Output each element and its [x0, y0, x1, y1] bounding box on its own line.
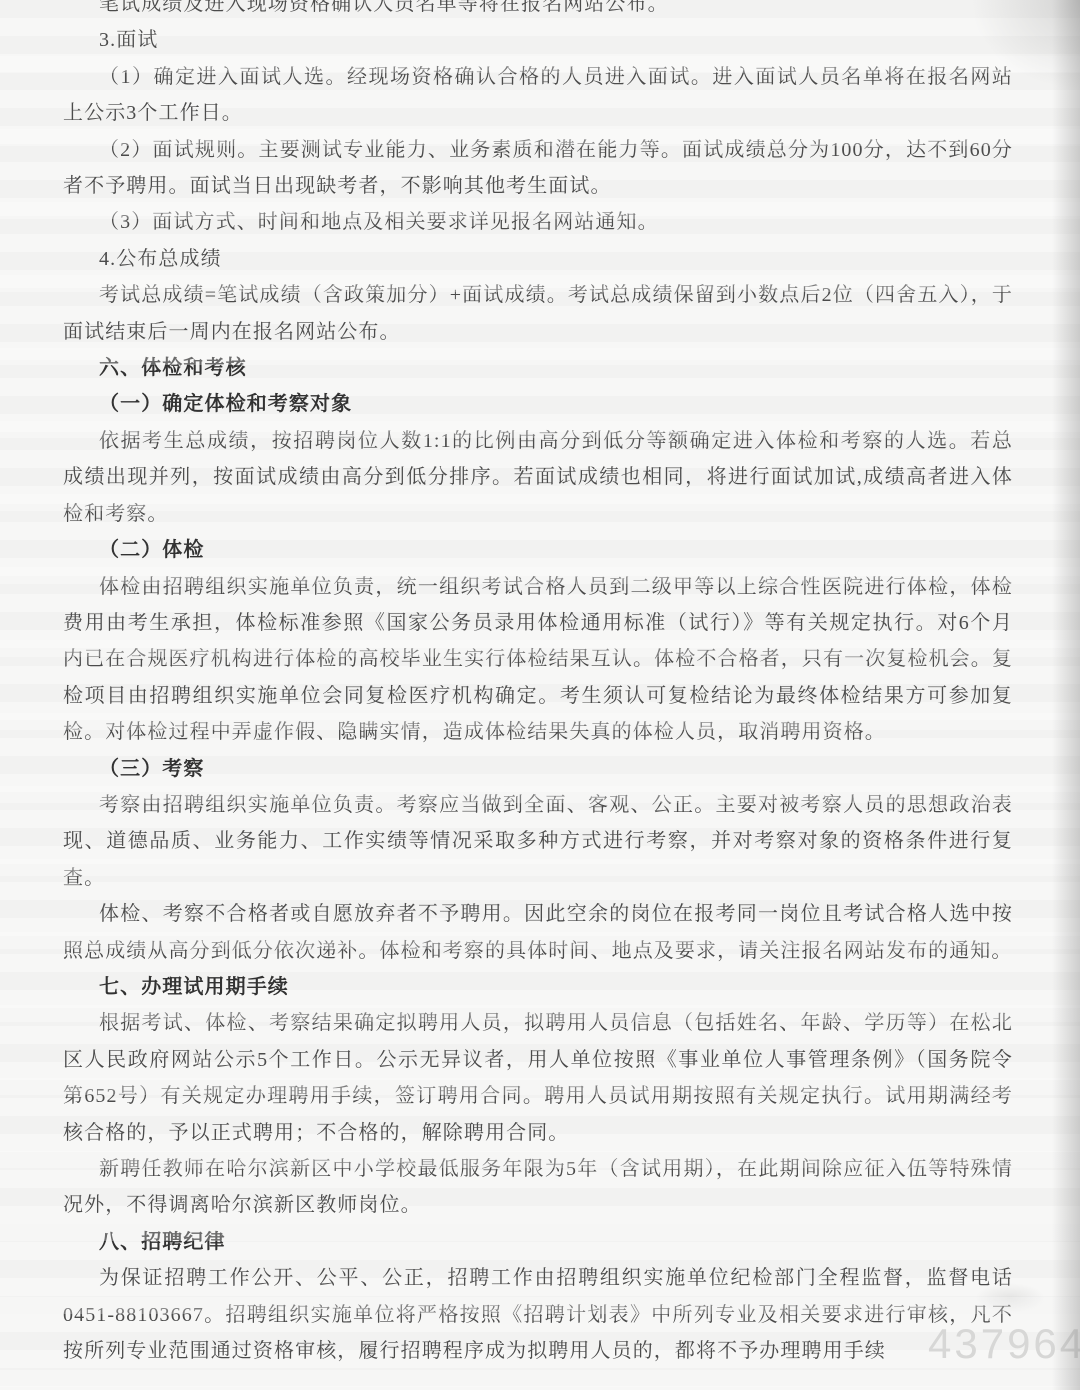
paragraph: 体检由招聘组织实施单位负责，统一组织考试合格人员到二级甲等以上综合性医院进行体检… [63, 569, 1013, 751]
clipped-top-line: 笔试成绩及进入现场资格确认人员名单等将在报名网站公布。 [63, 0, 1013, 22]
paragraph: （3）面试方式、时间和地点及相关要求详见报名网站通知。 [63, 204, 1013, 240]
section-heading: 八、招聘纪律 [63, 1224, 1013, 1260]
paragraph: 体检、考察不合格者或自愿放弃者不予聘用。因此空余的岗位在报考同一岗位且考试合格人… [63, 896, 1013, 969]
section-heading: 七、办理试用期手续 [63, 969, 1013, 1005]
section-heading: 六、体检和考核 [63, 350, 1013, 386]
section-heading: （三）考察 [63, 751, 1013, 787]
page-edge-shadow [1052, 0, 1080, 1390]
document-body: 笔试成绩及进入现场资格确认人员名单等将在报名网站公布。3.面试（1）确定进入面试… [63, 0, 1013, 1369]
paragraph: 新聘任教师在哈尔滨新区中小学校最低服务年限为5年（含试用期），在此期间除应征入伍… [63, 1151, 1013, 1224]
paragraph: 根据考试、体检、考察结果确定拟聘用人员，拟聘用人员信息（包括姓名、年龄、学历等）… [63, 1005, 1013, 1151]
document-page: 4379648 笔试成绩及进入现场资格确认人员名单等将在报名网站公布。3.面试（… [0, 0, 1080, 1390]
paragraph: 4.公布总成绩 [63, 241, 1013, 277]
paragraph: 考试总成绩=笔试成绩（含政策加分）+面试成绩。考试总成绩保留到小数点后2位（四舍… [63, 277, 1013, 350]
paragraph: （2）面试规则。主要测试专业能力、业务素质和潜在能力等。面试成绩总分为100分，… [63, 132, 1013, 205]
section-heading: （一）确定体检和考察对象 [63, 386, 1013, 422]
paragraph: 为保证招聘工作公开、公平、公正，招聘工作由招聘组织实施单位纪检部门全程监督，监督… [63, 1260, 1013, 1369]
paragraph: 考察由招聘组织实施单位负责。考察应当做到全面、客观、公正。主要对被考察人员的思想… [63, 787, 1013, 896]
paragraph: 3.面试 [63, 22, 1013, 58]
paragraph: 依据考生总成绩，按招聘岗位人数1:1的比例由高分到低分等额确定进入体检和考察的人… [63, 423, 1013, 532]
section-heading: （二）体检 [63, 532, 1013, 568]
paragraph: （1）确定进入面试人选。经现场资格确认合格的人员进入面试。进入面试人员名单将在报… [63, 59, 1013, 132]
